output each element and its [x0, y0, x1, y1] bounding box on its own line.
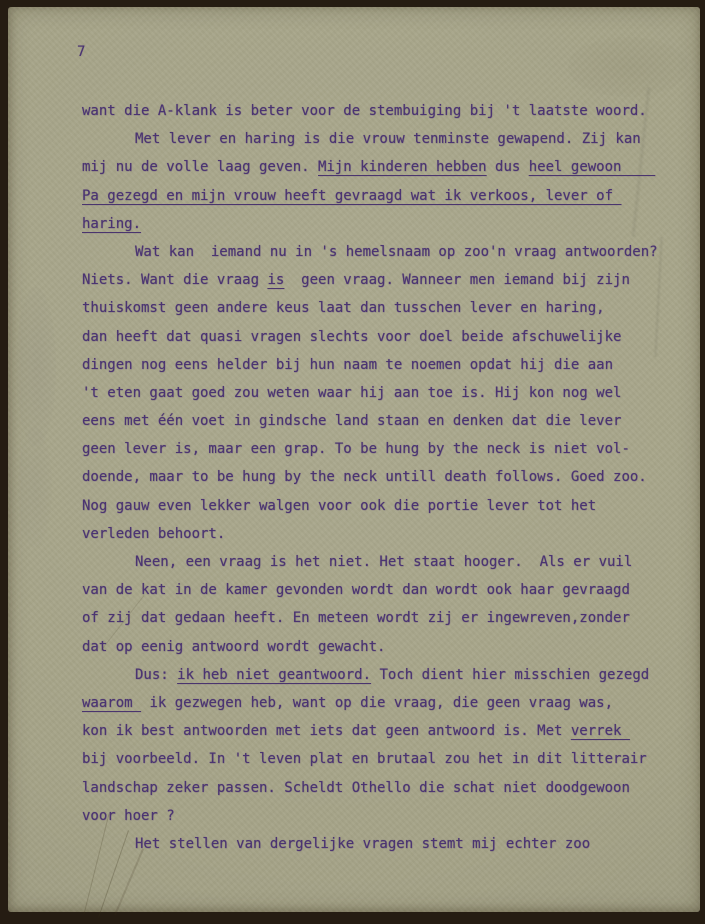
underlined-text: Mijn kinderen hebben: [318, 159, 487, 175]
typed-line: verleden behoort.: [82, 520, 672, 548]
text-segment: eens met één voet in gindsche land staan…: [82, 413, 621, 429]
typed-line: van de kat in de kamer gevonden wordt da…: [82, 576, 672, 604]
text-segment: Wat kan iemand nu in 's hemelsnaam op zo…: [135, 244, 658, 260]
typed-line: Pa gezegd en mijn vrouw heeft gevraagd w…: [82, 182, 672, 210]
text-segment: Nog gauw even lekker walgen voor ook die…: [82, 498, 596, 514]
typed-line: kon ik best antwoorden met iets dat geen…: [82, 717, 672, 745]
typed-line: Neen, een vraag is het niet. Het staat h…: [82, 548, 672, 576]
text-segment: bij voorbeeld. In 't leven plat en bruta…: [82, 751, 647, 767]
text-segment: dingen nog eens helder bij hun naam te n…: [82, 357, 613, 373]
page-number: 7: [77, 44, 85, 60]
scanned-document: { "document": { "page_number": "7", "lan…: [0, 0, 705, 924]
typed-line: dat op eenig antwoord wordt gewacht.: [82, 633, 672, 661]
text-segment: Niets. Want die vraag: [82, 272, 267, 288]
typed-line: bij voorbeeld. In 't leven plat en bruta…: [82, 745, 672, 773]
underlined-text: ik heb niet geantwoord.: [177, 667, 371, 683]
underlined-text: Pa gezegd en mijn vrouw heeft gevraagd w…: [82, 188, 621, 204]
text-segment: kon ik best antwoorden met iets dat geen…: [82, 723, 571, 739]
typed-line: want die A-klank is beter voor de stembu…: [82, 97, 672, 125]
text-segment: Het stellen van dergelijke vragen stemt …: [135, 836, 590, 852]
text-segment: dat op eenig antwoord wordt gewacht.: [82, 639, 385, 655]
typed-line: mij nu de volle laag geven. Mijn kindere…: [82, 153, 672, 181]
paper-smudge: [16, 287, 56, 447]
text-segment: thuiskomst geen andere keus laat dan tus…: [82, 300, 605, 316]
text-segment: ik gezwegen heb, want op die vraag, die …: [141, 695, 613, 711]
paper-smudge: [18, 427, 52, 547]
typed-line: dingen nog eens helder bij hun naam te n…: [82, 351, 672, 379]
text-segment: Neen, een vraag is het niet. Het staat h…: [135, 554, 632, 570]
typed-line: Niets. Want die vraag is geen vraag. Wan…: [82, 266, 672, 294]
typed-line: 't eten gaat goed zou weten waar hij aan…: [82, 379, 672, 407]
text-segment: geen vraag. Wanneer men iemand bij zijn: [284, 272, 630, 288]
typed-line: eens met één voet in gindsche land staan…: [82, 407, 672, 435]
text-segment: dus: [487, 159, 529, 175]
typed-line: haring.: [82, 210, 672, 238]
underlined-text: is: [267, 272, 284, 288]
typed-line: Wat kan iemand nu in 's hemelsnaam op zo…: [82, 238, 672, 266]
typed-text: want die A-klank is beter voor de stembu…: [82, 97, 672, 858]
text-segment: mij nu de volle laag geven.: [82, 159, 318, 175]
text-segment: verleden behoort.: [82, 526, 225, 542]
text-segment: Dus:: [135, 667, 177, 683]
underlined-text: verrek: [571, 723, 630, 739]
text-segment: voor hoer ?: [82, 808, 175, 824]
typed-line: of zij dat gedaan heeft. En meteen wordt…: [82, 604, 672, 632]
text-segment: doende, maar to be hung by the neck unti…: [82, 469, 647, 485]
typed-line: Nog gauw even lekker walgen voor ook die…: [82, 492, 672, 520]
typed-line: voor hoer ?: [82, 802, 672, 830]
text-segment: landschap zeker passen. Scheldt Othello …: [82, 780, 630, 796]
text-segment: geen lever is, maar een grap. To be hung…: [82, 441, 630, 457]
underlined-text: waarom: [82, 695, 141, 711]
typed-line: thuiskomst geen andere keus laat dan tus…: [82, 294, 672, 322]
typed-line: Het stellen van dergelijke vragen stemt …: [82, 830, 672, 858]
typed-line: landschap zeker passen. Scheldt Othello …: [82, 774, 672, 802]
typed-line: Met lever en haring is die vrouw tenmins…: [82, 125, 672, 153]
text-segment: of zij dat gedaan heeft. En meteen wordt…: [82, 610, 630, 626]
paper-smudge: [568, 37, 688, 97]
text-segment: 't eten gaat goed zou weten waar hij aan…: [82, 385, 621, 401]
typed-line: Dus: ik heb niet geantwoord. Toch dient …: [82, 661, 672, 689]
text-segment: want die A-klank is beter voor de stembu…: [82, 103, 647, 119]
underlined-text: haring.: [82, 216, 141, 232]
text-segment: Toch dient hier misschien gezegd: [371, 667, 649, 683]
typed-line: dan heeft dat quasi vragen slechts voor …: [82, 323, 672, 351]
typed-line: geen lever is, maar een grap. To be hung…: [82, 435, 672, 463]
typed-line: doende, maar to be hung by the neck unti…: [82, 463, 672, 491]
typed-line: waarom ik gezwegen heb, want op die vraa…: [82, 689, 672, 717]
text-segment: dan heeft dat quasi vragen slechts voor …: [82, 329, 621, 345]
underlined-text: heel gewoon: [529, 159, 655, 175]
text-segment: van de kat in de kamer gevonden wordt da…: [82, 582, 630, 598]
text-segment: Met lever en haring is die vrouw tenmins…: [135, 131, 641, 147]
